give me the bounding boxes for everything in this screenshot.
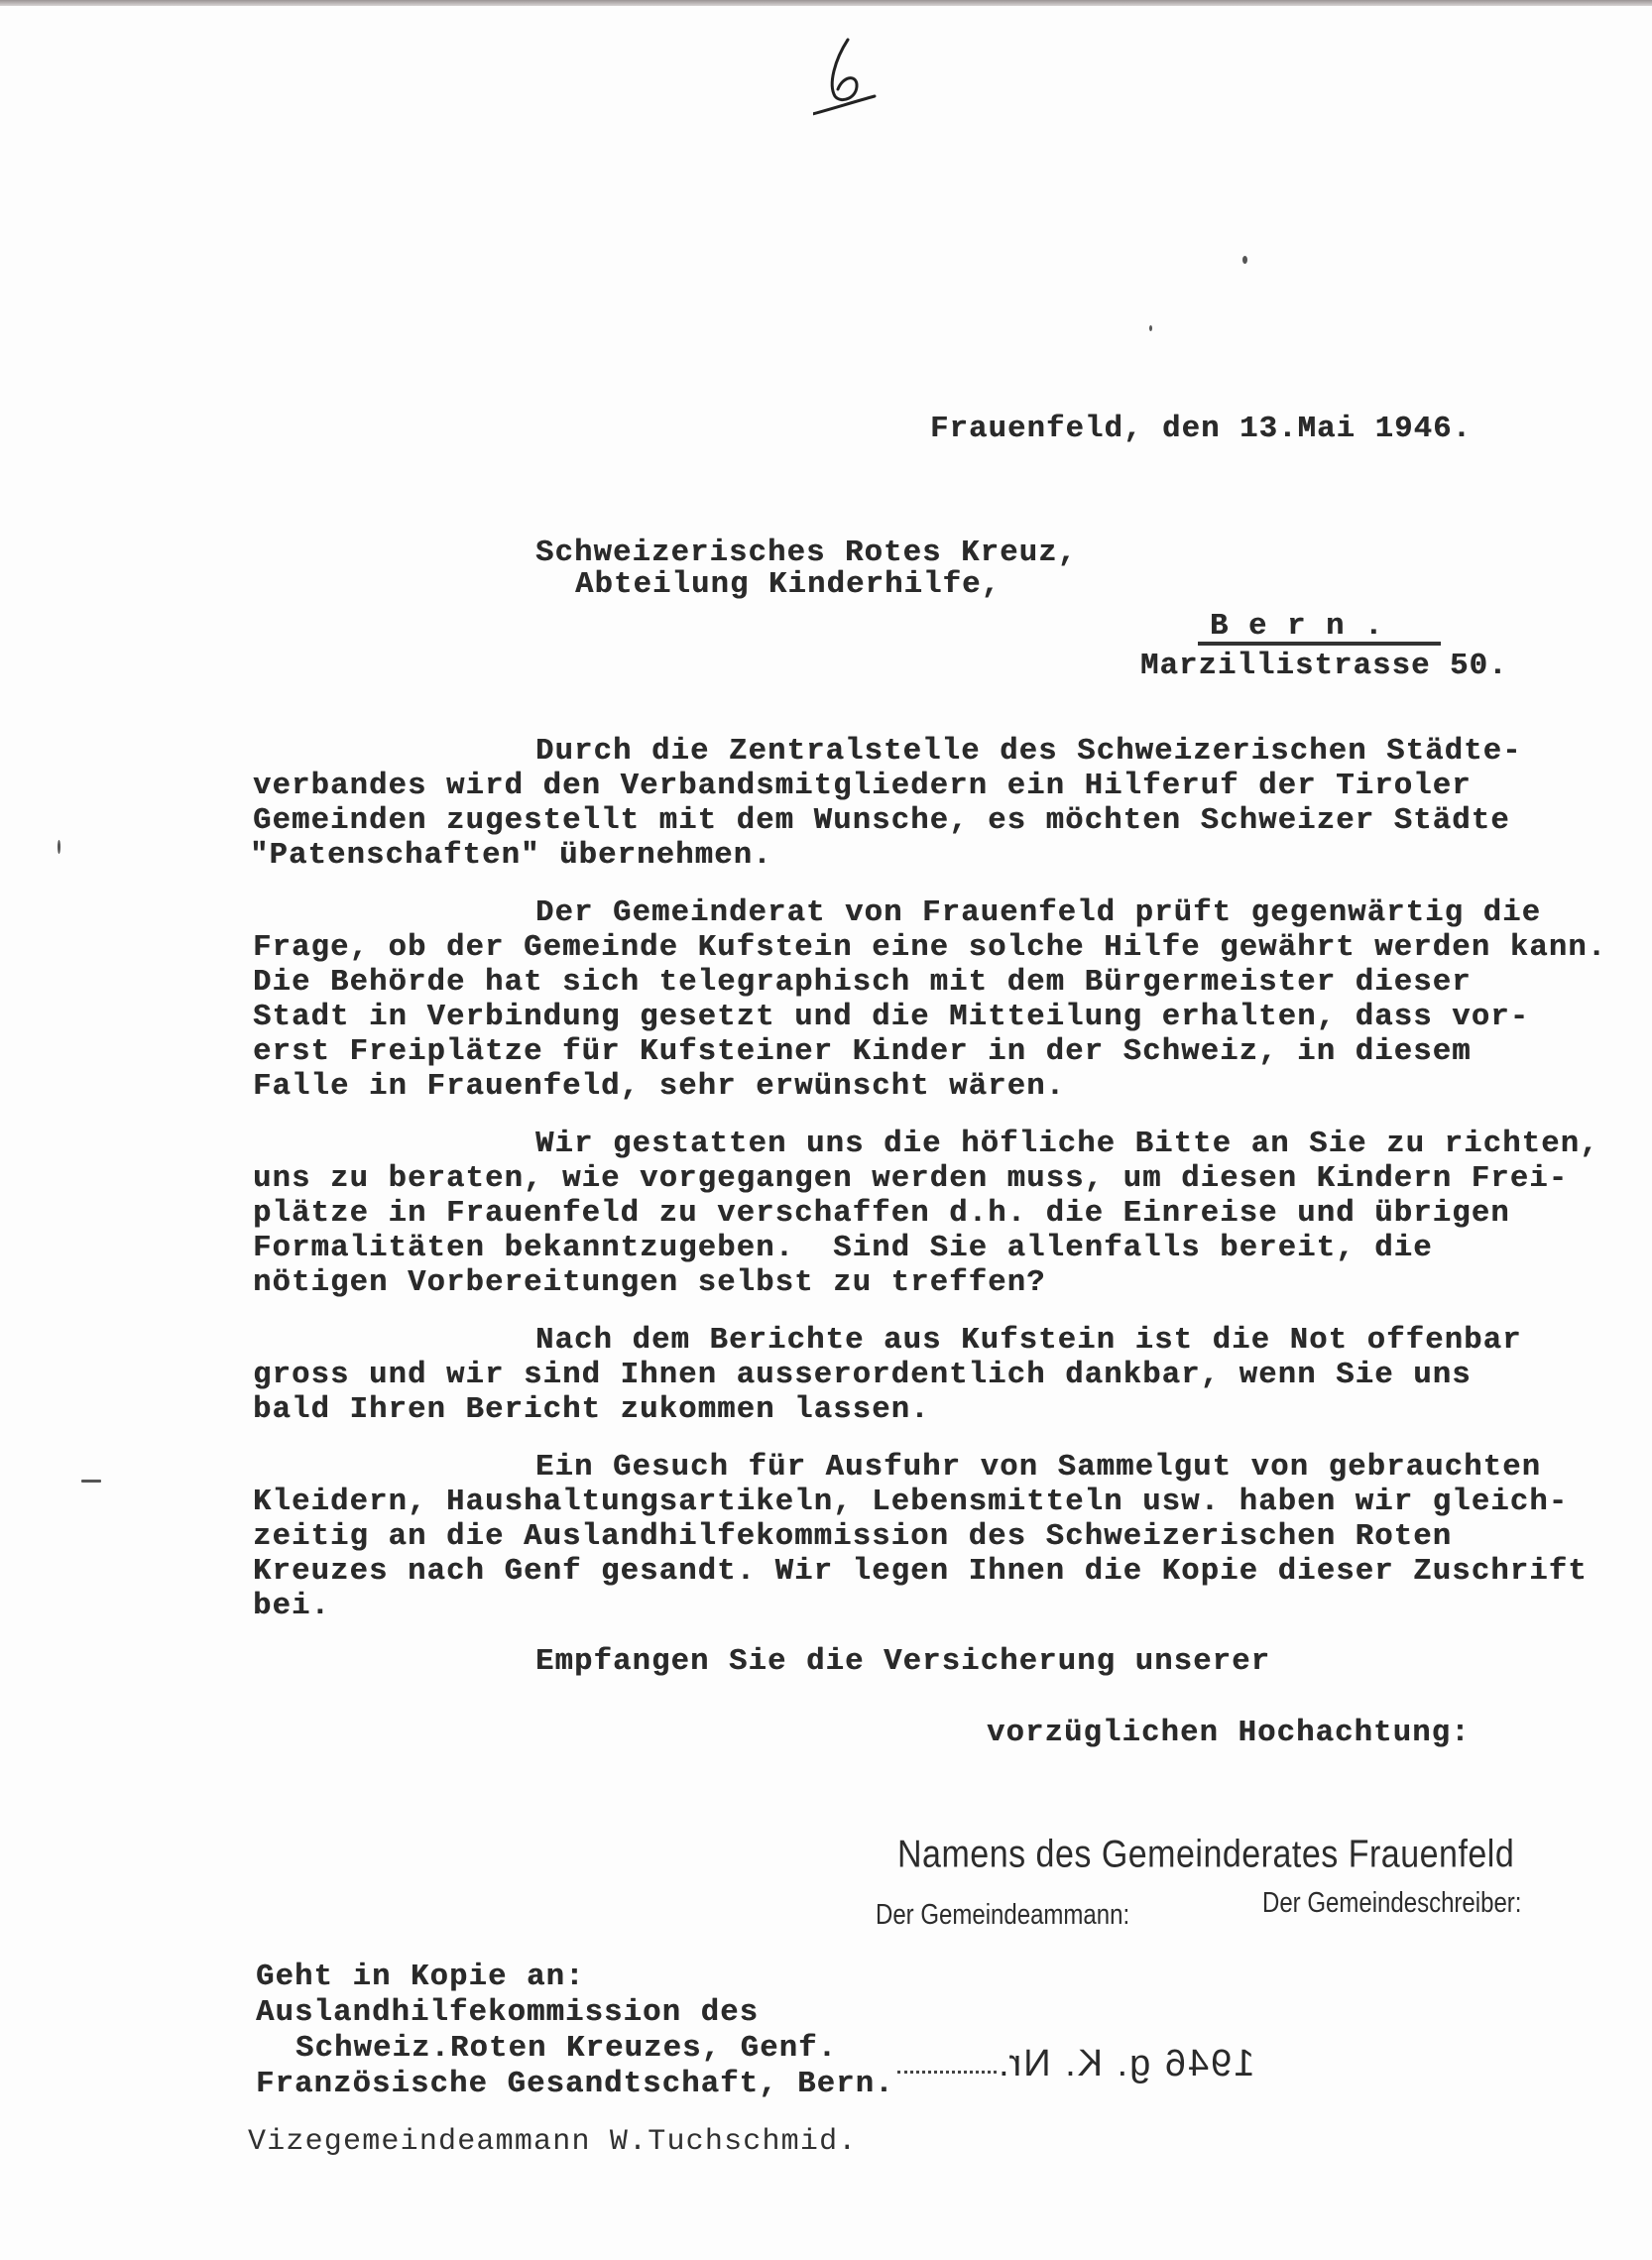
signature-stamp-title: Namens des Gemeinderates Frauenfeld [897, 1833, 1514, 1877]
recipient-street: Marzillistrasse 50. [1140, 649, 1508, 684]
stamp-dotted-line [897, 2071, 997, 2074]
paragraph-line: Wir gestatten uns die höfliche Bitte an … [535, 1127, 1599, 1162]
footer-vice-mayor: Vizegemeindeammann W.Tuchschmid. [248, 2124, 858, 2160]
paragraph-line: "Patenschaften" übernehmen. [250, 838, 772, 874]
paragraph-line: zeitig an die Auslandhilfekommission des… [253, 1519, 1452, 1555]
recipient-line-2: Abteilung Kinderhilfe, [535, 567, 1001, 603]
scan-speck [81, 1480, 101, 1483]
paragraph-line: Die Behörde hat sich telegraphisch mit d… [253, 965, 1472, 1001]
paragraph-line: Durch die Zentralstelle des Schweizerisc… [535, 734, 1522, 770]
scan-top-edge [0, 0, 1652, 6]
paragraph-line: Ein Gesuch für Ausfuhr von Sammelgut von… [535, 1450, 1541, 1486]
receipt-stamp: 1946 g. K. Nr. [997, 2043, 1254, 2085]
copies-line-2: Schweiz.Roten Kreuzes, Genf. [295, 2031, 837, 2067]
paragraph-line: uns zu beraten, wie vorgegangen werden m… [253, 1161, 1568, 1197]
paragraph-line: Formalitäten bekanntzugeben. Sind Sie al… [253, 1231, 1433, 1266]
signature-label-mayor: Der Gemeindeammann: [876, 1899, 1129, 1933]
paragraph-line: Stadt in Verbindung gesetzt und die Mitt… [253, 1000, 1529, 1035]
signature-label-clerk: Der Gemeindeschreiber: [1262, 1887, 1521, 1921]
paragraph-line: gross und wir sind Ihnen ausserordentlic… [253, 1358, 1472, 1393]
paragraph-line: plätze in Frauenfeld zu verschaffen d.h.… [253, 1196, 1510, 1232]
paragraph-line: Nach dem Berichte aus Kufstein ist die N… [535, 1323, 1522, 1359]
scan-speck [1242, 256, 1247, 264]
recipient-city: B e r n . [1210, 609, 1384, 645]
city-underline [1198, 642, 1441, 646]
paragraph-line: Falle in Frauenfeld, sehr erwünscht wäre… [253, 1069, 1065, 1105]
closing-line-2: vorzüglichen Hochachtung: [987, 1716, 1471, 1751]
copies-line-3: Französische Gesandtschaft, Bern. [256, 2067, 894, 2102]
paragraph-line: bei. [253, 1589, 330, 1624]
paragraph-line: erst Freiplätze für Kufsteiner Kinder in… [253, 1034, 1472, 1070]
dateline: Frauenfeld, den 13.Mai 1946. [930, 412, 1472, 447]
scan-speck [58, 840, 60, 854]
paragraph-line: Gemeinden zugestellt mit dem Wunsche, es… [253, 803, 1510, 839]
paragraph-line: Frage, ob der Gemeinde Kufstein eine sol… [253, 930, 1606, 966]
handwritten-page-number [813, 35, 883, 124]
copies-heading: Geht in Kopie an: [256, 1960, 585, 1995]
scan-speck [1149, 325, 1152, 331]
scanned-letter-page: 6 Frauenfeld, den 13.Mai 1946. Schweizer… [0, 0, 1652, 2260]
copies-line-1: Auslandhilfekommission des [256, 1995, 759, 2031]
paragraph-line: Kreuzes nach Genf gesandt. Wir legen Ihn… [253, 1554, 1588, 1590]
recipient-line-1: Schweizerisches Rotes Kreuz, [535, 535, 1077, 571]
closing-line-1: Empfangen Sie die Versicherung unserer [535, 1644, 1270, 1680]
paragraph-line: Kleidern, Haushaltungsartikeln, Lebensmi… [253, 1485, 1568, 1520]
paragraph-line: Der Gemeinderat von Frauenfeld prüft geg… [535, 895, 1541, 931]
paragraph-line: nötigen Vorbereitungen selbst zu treffen… [253, 1265, 1046, 1301]
paragraph-line: verbandes wird den Verbandsmitgliedern e… [253, 769, 1472, 804]
paragraph-line: bald Ihren Bericht zukommen lassen. [253, 1392, 930, 1428]
